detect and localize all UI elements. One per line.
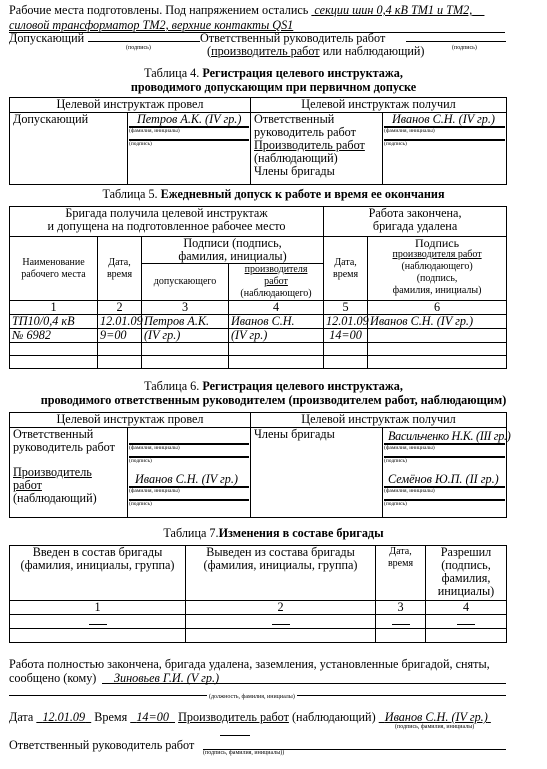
responsible-signature-line[interactable] xyxy=(406,41,506,42)
end-datetime-2: время xyxy=(327,269,364,281)
producer-caption: (подпись, фамилия, инициалы) xyxy=(395,724,474,730)
table6-conductor-roles: Ответственный руководитель работ Произво… xyxy=(10,428,128,518)
producer-text: производитель работ xyxy=(211,44,320,58)
end-sign-5: фамилия, инициалы) xyxy=(371,285,503,297)
live-parts-value-2: силовой трансформатор ТМ2, верхние конта… xyxy=(9,18,293,32)
end-sign-1: Подпись xyxy=(371,237,503,249)
datetime-1: Дата, xyxy=(101,257,138,269)
table5-cell[interactable]: (IV гр.) xyxy=(142,329,229,343)
role-observer: (наблюдающий) xyxy=(13,492,124,505)
table5-col-datetime: Дата, время xyxy=(98,237,142,301)
time-label: Время xyxy=(94,710,127,724)
intro-signatures-row: Допускающий xyxy=(9,31,84,45)
table5-cell[interactable]: 12.01.09 xyxy=(98,315,142,329)
table4-admitter-name: Петров А.К. (IV гр.) xyxy=(129,113,249,128)
dash-mark xyxy=(89,617,107,625)
admitter-label: Допускающий xyxy=(9,31,84,45)
column-number: 2 xyxy=(98,301,142,315)
producer-field[interactable]: Иванов С.Н. (IV гр.) xyxy=(379,710,491,724)
sign-caption: (подпись) xyxy=(129,141,249,152)
table6-producer-name: Иванов С.Н. (IV гр.) xyxy=(129,473,249,488)
table5-cell[interactable] xyxy=(142,356,229,369)
table7-row[interactable] xyxy=(10,615,507,629)
table5-cell[interactable] xyxy=(98,343,142,356)
column-number: 4 xyxy=(229,301,324,315)
dash-mark xyxy=(457,617,475,625)
signatures-2: фамилия, инициалы) xyxy=(145,250,320,263)
table5-col-producer: производителя работ (наблюдающего) xyxy=(229,264,324,301)
end-datetime-1: Дата, xyxy=(327,257,364,269)
table5-cell[interactable]: (IV гр.) xyxy=(229,329,324,343)
closing-responsible-label: Ответственный руководитель работ xyxy=(9,738,194,752)
date-field[interactable]: 12.01.09 xyxy=(36,710,91,724)
table5-caption: Таблица 5. Ежедневный допуск к работе и … xyxy=(0,187,547,201)
table5-cell[interactable] xyxy=(368,356,507,369)
table4-caption-title-1: Регистрация целевого инструктажа, xyxy=(202,66,403,80)
table5-cell[interactable] xyxy=(368,343,507,356)
name-caption: (фамилия, инициалы) xyxy=(129,128,249,139)
workplace-1: Наименование xyxy=(13,257,94,269)
table4-receiver-signature-cell: Иванов С.Н. (IV гр.) (фамилия, инициалы)… xyxy=(383,113,507,185)
date-time-producer-row: Дата 12.01.09 Время 14=00 Производитель … xyxy=(9,710,491,724)
table4-receiver-roles: Ответственный руководитель работ Произво… xyxy=(251,113,383,185)
table5-row[interactable]: ТП10/0,4 кВ12.01.09Петров А.К.Иванов С.Н… xyxy=(10,315,507,329)
table5-cell[interactable] xyxy=(10,343,98,356)
datetime-2: время xyxy=(101,269,138,281)
table5-row[interactable]: № 69829=00(IV гр.)(IV гр.)14=00 xyxy=(10,329,507,343)
producer-value: Иванов С.Н. (IV гр.) xyxy=(385,710,488,724)
live-parts-value-1: секции шин 0,4 кВ ТМ1 и ТМ2, xyxy=(314,3,472,17)
table5-col-workplace: Наименование рабочего места xyxy=(10,237,98,301)
table7-col-permitted: Разрешил (подпись, фамилия, инициалы) xyxy=(426,546,507,601)
table5-cell[interactable]: Иванов С.Н. xyxy=(229,315,324,329)
table5-col-admitter: допускающего xyxy=(142,264,229,301)
table7-caption-title: Изменения в составе бригады xyxy=(219,526,384,540)
name-caption: (фамилия, инициалы) xyxy=(384,488,505,499)
sign-caption: (подпись) xyxy=(384,458,505,469)
role-brigade-members: Члены бригады xyxy=(254,165,379,178)
responsible-label: Ответственный руководитель работ xyxy=(200,31,385,45)
table6-header-received: Целевой инструктаж получил xyxy=(251,413,507,428)
end-sign-4: (подпись, xyxy=(371,273,503,285)
table5-cell[interactable] xyxy=(229,343,324,356)
table7-col-removed: Выведен из состава бригады (фамилия, ини… xyxy=(186,546,376,601)
table6-member1-name: Васильченко Н.К. (III гр.) xyxy=(384,430,505,445)
producer-3: (наблюдающего) xyxy=(232,288,320,300)
permitted-4: инициалы) xyxy=(429,585,503,598)
sign-caption: (подпись) xyxy=(129,501,249,512)
table5-number-row: 123456 xyxy=(10,301,507,315)
table4-header-conducted: Целевой инструктаж провел xyxy=(10,98,251,113)
responsible-short-line xyxy=(220,735,250,736)
datetime-2: время xyxy=(379,558,422,570)
table5-cell[interactable]: ТП10/0,4 кВ xyxy=(10,315,98,329)
producer-2: работ xyxy=(232,276,320,288)
column-number: 3 xyxy=(376,601,426,615)
table5-cell[interactable] xyxy=(10,356,98,369)
table6-brigade-members-role: Члены бригады xyxy=(251,428,383,518)
intro-line-1: Рабочие места подготовлены. Под напряжен… xyxy=(9,3,484,17)
producer-1: производителя xyxy=(232,264,320,276)
table7-row[interactable] xyxy=(10,629,507,643)
live-parts-field-1[interactable]: секции шин 0,4 кВ ТМ1 и ТМ2, xyxy=(311,3,484,17)
table5-col-end-datetime: Дата, время xyxy=(324,237,368,301)
table6-member-signatures: Васильченко Н.К. (III гр.) (фамилия, ини… xyxy=(383,428,507,518)
table4-caption-prefix: Таблица 4. xyxy=(144,66,202,80)
table4-admitter-signature[interactable]: Петров А.К. (IV гр.) (фамилия, инициалы)… xyxy=(129,113,249,152)
table4-admitter-role: Допускающий xyxy=(10,113,128,185)
observer-label: (наблюдающий) xyxy=(289,710,376,724)
table6-member2-signature[interactable]: Семёнов Ю.П. (II гр.) (фамилия, инициалы… xyxy=(384,473,505,512)
position-caption: (должность, фамилия, инициалы) xyxy=(207,694,297,700)
workplace-2: рабочего места xyxy=(13,269,94,281)
dash-mark xyxy=(392,617,410,625)
table5-cell[interactable] xyxy=(324,356,368,369)
reported-to-field[interactable]: Зиновьев Г.И. (V гр.) xyxy=(102,671,506,684)
end-sign-3: (наблюдающего) xyxy=(371,261,503,273)
table5-caption-prefix: Таблица 5. xyxy=(102,187,160,201)
name-caption: (фамилия, инициалы) xyxy=(129,445,249,456)
time-field[interactable]: 14=00 xyxy=(130,710,175,724)
column-number: 1 xyxy=(10,601,186,615)
table6-header-conducted: Целевой инструктаж провел xyxy=(10,413,251,428)
table4-caption-title-2: проводимого допускающим при первичном до… xyxy=(131,80,416,94)
table5-cell[interactable]: Петров А.К. xyxy=(142,315,229,329)
table6-conductor-signatures: (фамилия, инициалы) (подпись) Иванов С.Н… xyxy=(128,428,251,518)
sign-caption: (подпись) xyxy=(384,141,505,152)
reported-to-label: сообщено (кому) xyxy=(9,671,96,685)
closing-statement: Работа полностью закончена, бригада удал… xyxy=(9,657,506,671)
table4: Целевой инструктаж провел Целевой инстру… xyxy=(9,97,507,185)
table4-receiver-signature[interactable]: Иванов С.Н. (IV гр.) (фамилия, инициалы)… xyxy=(384,113,505,152)
table5-cell[interactable]: 14=00 xyxy=(324,329,368,343)
table5-group-admitted: Бригада получила целевой инструктаж и до… xyxy=(10,207,324,237)
table5-col-end-signature: Подпись производителя работ (наблюдающег… xyxy=(368,237,507,301)
table7-number-row: 1234 xyxy=(10,601,507,615)
column-number: 4 xyxy=(426,601,507,615)
table6-responsible-name xyxy=(129,430,249,445)
admitter-signature-caption: (подпись) xyxy=(126,45,151,51)
table6: Целевой инструктаж провел Целевой инстру… xyxy=(9,412,507,518)
intro-prefix: Рабочие места подготовлены. Под напряжен… xyxy=(9,3,308,17)
date-label: Дата xyxy=(9,710,33,724)
table5-cell[interactable]: № 6982 xyxy=(10,329,98,343)
group-finished-2: бригада удалена xyxy=(327,220,503,233)
table5-cell[interactable] xyxy=(368,329,507,343)
table6-caption-prefix: Таблица 6. xyxy=(144,379,202,393)
table5-cell[interactable] xyxy=(324,343,368,356)
table5: Бригада получила целевой инструктаж и до… xyxy=(9,206,507,369)
producer-label: Производитель работ xyxy=(178,710,289,724)
table7-caption-prefix: Таблица 7. xyxy=(163,526,218,540)
table7-col-datetime: Дата, время xyxy=(376,546,426,601)
table5-group-finished: Работа закончена, бригада удалена xyxy=(324,207,507,237)
column-number: 1 xyxy=(10,301,98,315)
table6-producer-signature[interactable]: Иванов С.Н. (IV гр.) (фамилия, инициалы)… xyxy=(129,473,249,512)
column-number: 3 xyxy=(142,301,229,315)
table6-responsible-signature[interactable]: (фамилия, инициалы) (подпись) xyxy=(129,430,249,469)
table4-admitter-signature-cell: Петров А.К. (IV гр.) (фамилия, инициалы)… xyxy=(128,113,251,185)
name-caption: (фамилия, инициалы) xyxy=(129,488,249,499)
name-caption: (фамилия, инициалы) xyxy=(384,128,505,139)
datetime-1: Дата, xyxy=(379,546,422,558)
table5-cell[interactable] xyxy=(98,356,142,369)
admitter-signature-line[interactable] xyxy=(88,41,200,42)
dash-mark xyxy=(272,617,290,625)
column-number: 6 xyxy=(368,301,507,315)
table5-cell[interactable]: 12.01.09 xyxy=(324,315,368,329)
table4-header-received: Целевой инструктаж получил xyxy=(251,98,507,113)
responsible-signature-caption: (подпись) xyxy=(452,45,477,51)
table6-caption: Таблица 6. Регистрация целевого инструкт… xyxy=(0,379,547,407)
reported-to-value: Зиновьев Г.И. (V гр.) xyxy=(114,671,219,685)
table7-col-added: Введен в состав бригады (фамилия, инициа… xyxy=(10,546,186,601)
table5-cell[interactable] xyxy=(229,356,324,369)
sign-caption: (подпись) xyxy=(129,458,249,469)
observer-text: или наблюдающий) xyxy=(320,44,425,58)
role-responsible-2: руководитель работ xyxy=(13,441,124,454)
closing-responsible-caption: (подпись, фамилия, инициалы)) xyxy=(203,750,284,756)
column-number: 2 xyxy=(186,601,376,615)
name-caption: (фамилия, инициалы) xyxy=(384,445,505,456)
table7: Введен в состав бригады (фамилия, инициа… xyxy=(9,545,507,643)
table5-cell[interactable]: 9=00 xyxy=(98,329,142,343)
table4-caption: Таблица 4. Регистрация целевого инструкт… xyxy=(0,66,547,94)
table4-receiver-name: Иванов С.Н. (IV гр.) xyxy=(384,113,505,128)
table5-cell[interactable]: Иванов С.Н. (IV гр.) xyxy=(368,315,507,329)
table5-row[interactable] xyxy=(10,356,507,369)
removed-2: (фамилия, инициалы, группа) xyxy=(189,559,372,572)
table6-caption-title-2: проводимого ответственным руководителем … xyxy=(41,393,507,407)
end-sign-2: производителя работ xyxy=(371,249,503,261)
sign-caption: (подпись) xyxy=(384,501,505,512)
table6-caption-title-1: Регистрация целевого инструктажа, xyxy=(202,379,403,393)
table6-member2-name: Семёнов Ю.П. (II гр.) xyxy=(384,473,505,488)
table5-row[interactable] xyxy=(10,343,507,356)
table5-caption-title: Ежедневный допуск к работе и время ее ок… xyxy=(161,187,445,201)
table7-caption: Таблица 7.Изменения в составе бригады xyxy=(0,526,547,540)
time-value: 14=00 xyxy=(136,710,169,724)
table5-cell[interactable] xyxy=(142,343,229,356)
column-number: 5 xyxy=(324,301,368,315)
responsible-sub-label: (производитель работ или наблюдающий) xyxy=(207,44,424,58)
table5-col-signatures: Подписи (подпись, фамилия, инициалы) xyxy=(142,237,324,264)
group-admitted-2: и допущена на подготовленное рабочее мес… xyxy=(13,220,320,233)
added-2: (фамилия, инициалы, группа) xyxy=(13,559,182,572)
table6-member1-signature[interactable]: Васильченко Н.К. (III гр.) (фамилия, ини… xyxy=(384,430,505,469)
date-value: 12.01.09 xyxy=(42,710,85,724)
